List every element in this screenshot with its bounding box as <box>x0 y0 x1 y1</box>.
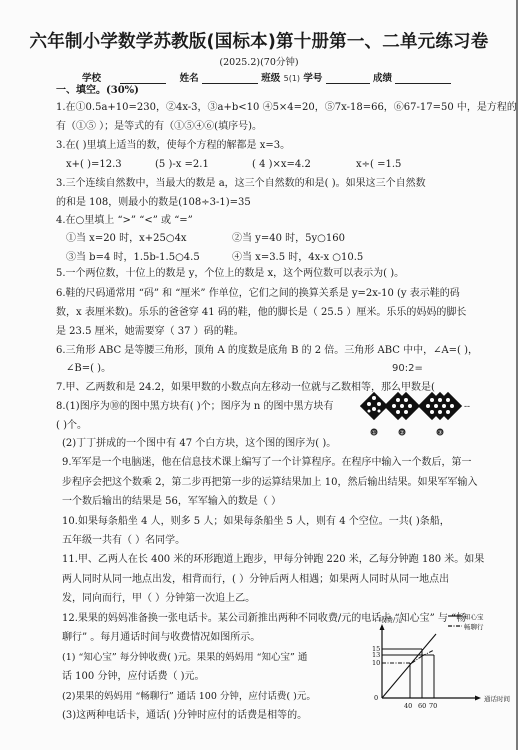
q12-sub1-line2: 话 100 分钟，应付话费（ )元。 <box>62 670 205 684</box>
svg-text:通话时间/分: 通话时间/分 <box>484 694 510 703</box>
svg-text:收费/元: 收费/元 <box>380 615 402 624</box>
q12-sub1-line1: (1) “知心宝” 每分钟收费( )元。果果的妈妈用 “知心宝” 通 <box>62 651 307 665</box>
page-title: 六年制小学数学苏教版(国标本)第十册第一、二单元练习卷 <box>0 28 518 53</box>
q8-line3: (2)丁丁拼成的一个图中有 47 个白方块，这个图的图序为( )。 <box>62 437 336 451</box>
student-no-field[interactable] <box>326 73 370 84</box>
svg-text:15: 15 <box>372 645 380 653</box>
q12-sub3: (3)这两种电话卡，通话( )分钟时应付的话费是相等的。 <box>62 709 307 723</box>
phone-fee-chart: 知心宝 畅聊行 收费/元 通话时间/分 0 10 13 15 40 60 70 <box>360 612 510 712</box>
svg-text:70: 70 <box>429 702 437 710</box>
name-label: 姓名 <box>180 73 199 84</box>
svg-text:0: 0 <box>374 694 378 702</box>
pattern-figure-3 <box>418 392 462 420</box>
q4-item-3: ③当 b=4 时，1.5b-1.5○4.5 <box>66 251 200 265</box>
class-label: 班级 <box>261 73 280 84</box>
q3-item-2: (5 )-x =2.1 <box>155 158 209 172</box>
q6-line3: 是 23.5 厘米，她需要穿（ 37 ）码的鞋。 <box>56 325 244 339</box>
svg-text:①: ① <box>371 430 376 437</box>
svg-text:60: 60 <box>418 702 426 710</box>
q9-line3: 一个数后输出的结果是 56，军军输入的数是（ ） <box>62 495 281 509</box>
q3b-line1: 3.三个连续自然数中，当最大的数是 a，这三个自然数的和是( )。如果这三个自然… <box>56 177 426 191</box>
q9-line2: 步程序会把这个数乘 2，第二步再把第一步的运算结果加上 10，然后输出结果。如果… <box>62 476 477 490</box>
q12-sub2: (2)果果的妈妈用 “畅聊行” 通话 100 分钟，应付话费( )元。 <box>62 690 316 704</box>
q4-heading: 4.在○里填上 “>” “<” 或 “=” <box>56 214 193 228</box>
score-label: 成绩 <box>373 73 392 84</box>
q10-line1: 10.如果每条船坐 4 人，则多 5 人；如果每条船坐 5 人，则有 4 个空位… <box>62 515 450 529</box>
q9-line1: 9.军军是一个电脑迷，他在信息技术课上编写了一个计算程序。在程序中输入一个数后，… <box>62 456 472 470</box>
svg-text:②: ② <box>399 430 404 437</box>
class-field[interactable]: 5(1) <box>284 74 300 83</box>
pattern-figure-2 <box>384 392 420 420</box>
q6-line1: 6.鞋的尺码通常用 “码” 和 “厘米” 作单位，它们之间的换算关系是 y=2x… <box>56 287 460 301</box>
page-subtitle: (2025.2)(70分钟) <box>0 54 518 68</box>
svg-text:畅聊行: 畅聊行 <box>464 622 484 631</box>
school-label: 学校 <box>82 73 101 84</box>
q6b-line2: ∠B=( )。 <box>66 362 111 376</box>
q11-line2: 两人同时从同一地点出发，相背而行，( ）分钟后两人相遇；如果两人同时从同一地点出 <box>62 573 449 587</box>
q3-heading: 3.在( )里填上适当的数，使每个方程的解都是 x=3。 <box>56 139 290 153</box>
q1-line1: 1.在①0.5a+10=230，②4x-3，③a+b<10 ④5×4=20，⑤7… <box>56 101 517 115</box>
q12-line2: 聊行” 。每月通话时间与收费情况如图所示。 <box>62 631 260 645</box>
school-field[interactable] <box>120 73 166 84</box>
q3-item-1: x+( )=12.3 <box>66 158 122 172</box>
q6b-handwritten-note: 90:2= <box>392 362 423 376</box>
score-field[interactable] <box>395 73 451 84</box>
svg-text:③: ③ <box>437 430 442 437</box>
q1-line2: 有（①⑤ ）；是等式的有（①⑤④⑥(填序号)。 <box>56 120 262 134</box>
q6b-line1: 6.三角形 ABC 是等腰三角形，顶角 A 的度数是底角 B 的 2 倍。三角形… <box>56 344 478 358</box>
q10-line2: 五年级一共有（ ）名同学。 <box>62 534 185 548</box>
svg-text:--: -- <box>464 402 470 412</box>
svg-text:知心宝: 知心宝 <box>464 612 484 621</box>
q3-item-3: ( 4 )×x=4.2 <box>252 158 311 172</box>
q8-line1: 8.(1)图序为⑩的图中黑方块有( )个；图序为 n 的图中黑方块有 <box>56 400 334 414</box>
q11-line3: 发，同向而行，甲（ ）分钟第一次追上乙。 <box>62 592 255 606</box>
svg-text:10: 10 <box>372 659 380 667</box>
q3-item-4: x÷( =1.5 <box>356 158 401 172</box>
q4-item-1: ①当 x=20 时，x+25○4x <box>66 232 187 246</box>
section-heading: 一、填空。(30%) <box>56 84 139 98</box>
q11-line1: 11.甲、乙两人在长 400 米的环形跑道上跑步，甲每分钟跑 220 米，乙每分… <box>62 553 484 567</box>
q4-item-2: ②当 y=40 时，5y○160 <box>232 232 345 246</box>
student-info-line: 学校 姓名 班级 5(1) 学号 成绩 <box>82 70 451 84</box>
q8-line2: ( )个。 <box>56 419 87 433</box>
q8-square-pattern-figure: ① ② ③ -- <box>360 386 480 442</box>
svg-text:40: 40 <box>404 702 412 710</box>
q6-line2: 数，x 表厘米数)。乐乐的爸爸穿 41 码的鞋，他的脚长是（ 25.5 ）厘米。… <box>56 306 466 320</box>
student-no-label: 学号 <box>303 73 322 84</box>
name-field[interactable] <box>202 73 258 84</box>
q3b-line2: 的和是 108，则最小的数是(108÷3-1)=35 <box>56 196 251 210</box>
q5: 5.一个两位数，十位上的数是 y，个位上的数是 x，这个两位数可以表示为( )。 <box>56 267 404 281</box>
q4-item-4: ④当 x=3.5 时，4x-x ○10.5 <box>232 251 363 265</box>
